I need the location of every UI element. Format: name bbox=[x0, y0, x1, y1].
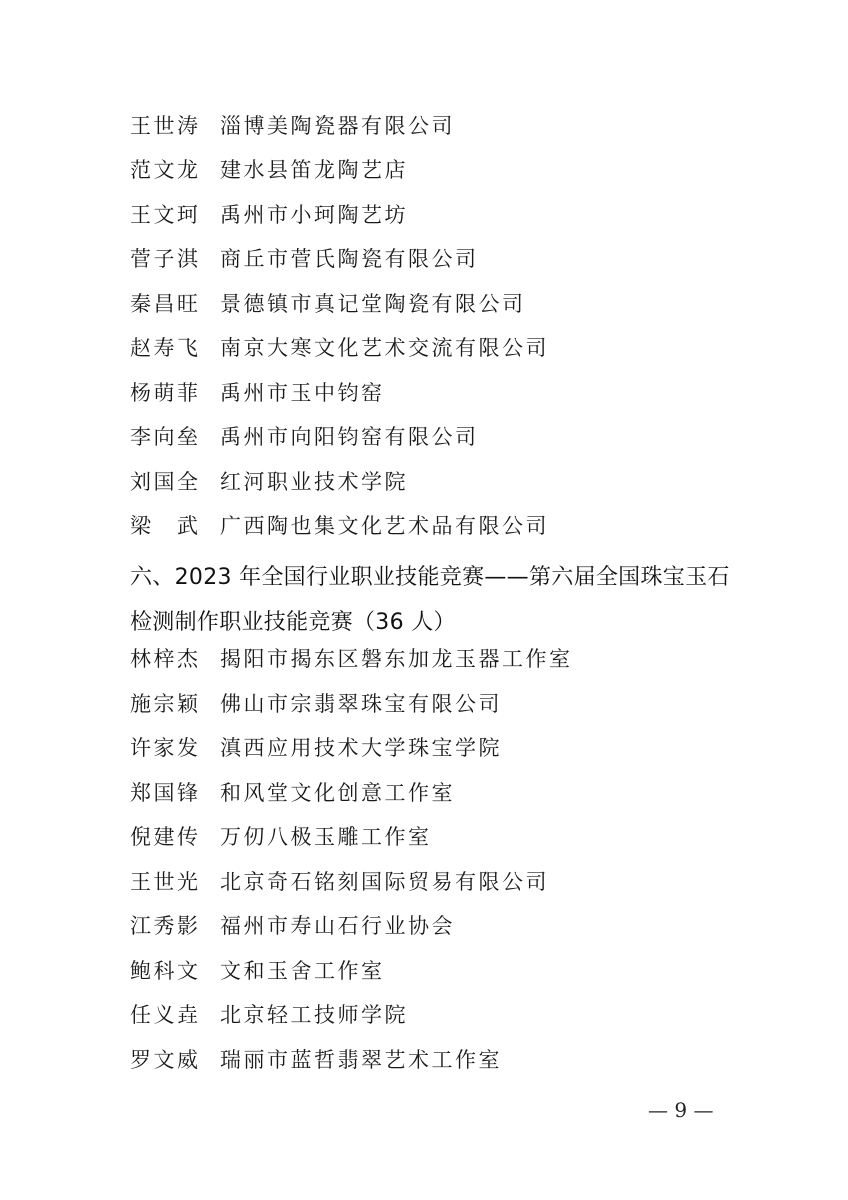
organization: 文和玉舍工作室 bbox=[220, 955, 385, 985]
list-item: 鲍科文 文和玉舍工作室 bbox=[130, 955, 385, 985]
organization: 红河职业技术学院 bbox=[220, 466, 408, 496]
person-name: 鲍科文 bbox=[130, 955, 220, 985]
list-item: 罗文威 瑞丽市蓝哲翡翠艺术工作室 bbox=[130, 1044, 502, 1074]
person-name: 王世涛 bbox=[130, 110, 220, 140]
person-name: 杨萌菲 bbox=[130, 377, 220, 407]
list-item: 林梓杰 揭阳市揭东区磐东加龙玉器工作室 bbox=[130, 643, 573, 673]
organization: 南京大寒文化艺术交流有限公司 bbox=[220, 332, 549, 362]
list-item: 王世光 北京奇石铭刻国际贸易有限公司 bbox=[130, 866, 549, 896]
person-name: 刘国全 bbox=[130, 466, 220, 496]
list-item: 李向垒 禹州市向阳钧窑有限公司 bbox=[130, 421, 479, 451]
organization: 和风堂文化创意工作室 bbox=[220, 777, 455, 807]
person-name: 王世光 bbox=[130, 866, 220, 896]
organization: 建水县笛龙陶艺店 bbox=[220, 154, 408, 184]
list-item: 范文龙 建水县笛龙陶艺店 bbox=[130, 154, 408, 184]
person-name: 范文龙 bbox=[130, 154, 220, 184]
organization: 佛山市宗翡翠珠宝有限公司 bbox=[220, 688, 502, 718]
person-name: 李向垒 bbox=[130, 421, 220, 451]
list-item: 秦昌旺 景德镇市真记堂陶瓷有限公司 bbox=[130, 288, 526, 318]
list-item: 许家发 滇西应用技术大学珠宝学院 bbox=[130, 732, 502, 762]
list-item: 梁 武 广西陶也集文化艺术品有限公司 bbox=[130, 510, 549, 540]
list-item: 刘国全 红河职业技术学院 bbox=[130, 466, 408, 496]
person-name: 倪建传 bbox=[130, 821, 220, 851]
section-heading-line-1: 六、2023 年全国行业职业技能竞赛——第六届全国珠宝玉石 bbox=[130, 560, 730, 591]
list-item: 江秀影 福州市寿山石行业协会 bbox=[130, 910, 455, 940]
organization: 瑞丽市蓝哲翡翠艺术工作室 bbox=[220, 1044, 502, 1074]
person-name: 王文珂 bbox=[130, 199, 220, 229]
organization: 淄博美陶瓷器有限公司 bbox=[220, 110, 455, 140]
list-item: 杨萌菲 禹州市玉中钧窑 bbox=[130, 377, 385, 407]
person-name: 赵寿飞 bbox=[130, 332, 220, 362]
organization: 景德镇市真记堂陶瓷有限公司 bbox=[220, 288, 526, 318]
list-item: 任义垚 北京轻工技师学院 bbox=[130, 999, 408, 1029]
organization: 万仞八极玉雕工作室 bbox=[220, 821, 432, 851]
person-name: 任义垚 bbox=[130, 999, 220, 1029]
person-name: 罗文威 bbox=[130, 1044, 220, 1074]
organization: 福州市寿山石行业协会 bbox=[220, 910, 455, 940]
organization: 商丘市菅氏陶瓷有限公司 bbox=[220, 243, 479, 273]
document-page: 王世涛 淄博美陶瓷器有限公司 范文龙 建水县笛龙陶艺店 王文珂 禹州市小珂陶艺坊… bbox=[0, 0, 848, 1200]
list-item: 王文珂 禹州市小珂陶艺坊 bbox=[130, 199, 408, 229]
person-name: 江秀影 bbox=[130, 910, 220, 940]
person-name: 秦昌旺 bbox=[130, 288, 220, 318]
person-name: 菅子淇 bbox=[130, 243, 220, 273]
organization: 北京奇石铭刻国际贸易有限公司 bbox=[220, 866, 549, 896]
list-item: 赵寿飞 南京大寒文化艺术交流有限公司 bbox=[130, 332, 549, 362]
list-item: 施宗颖 佛山市宗翡翠珠宝有限公司 bbox=[130, 688, 502, 718]
list-item: 郑国锋 和风堂文化创意工作室 bbox=[130, 777, 455, 807]
person-name: 郑国锋 bbox=[130, 777, 220, 807]
person-name: 许家发 bbox=[130, 732, 220, 762]
person-name: 梁 武 bbox=[130, 510, 220, 540]
organization: 北京轻工技师学院 bbox=[220, 999, 408, 1029]
organization: 禹州市向阳钧窑有限公司 bbox=[220, 421, 479, 451]
section-heading-line-2: 检测制作职业技能竞赛（36 人） bbox=[130, 605, 456, 636]
organization: 滇西应用技术大学珠宝学院 bbox=[220, 732, 502, 762]
list-item: 倪建传 万仞八极玉雕工作室 bbox=[130, 821, 432, 851]
organization: 禹州市玉中钧窑 bbox=[220, 377, 385, 407]
list-item: 菅子淇 商丘市菅氏陶瓷有限公司 bbox=[130, 243, 479, 273]
person-name: 林梓杰 bbox=[130, 643, 220, 673]
person-name: 施宗颖 bbox=[130, 688, 220, 718]
page-number: — 9 — bbox=[648, 1098, 713, 1122]
list-item: 王世涛 淄博美陶瓷器有限公司 bbox=[130, 110, 455, 140]
organization: 广西陶也集文化艺术品有限公司 bbox=[220, 510, 549, 540]
organization: 禹州市小珂陶艺坊 bbox=[220, 199, 408, 229]
organization: 揭阳市揭东区磐东加龙玉器工作室 bbox=[220, 643, 573, 673]
